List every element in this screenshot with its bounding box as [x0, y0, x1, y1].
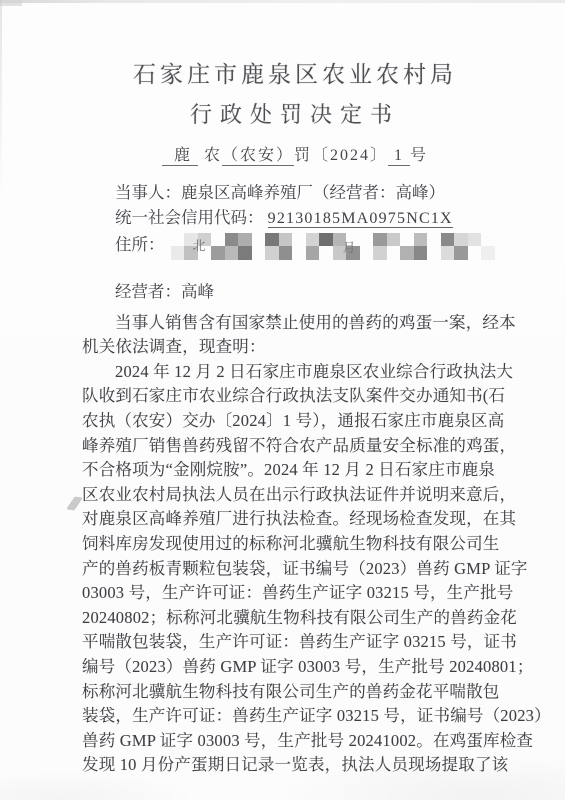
- scanned-document-page: 石家庄市鹿泉区农业农村局 行政处罚决定书 鹿 农（农安）罚〔2024〕 1 号 …: [0, 0, 565, 800]
- redaction-cell: [454, 233, 468, 247]
- redaction-fragment: [66, 497, 83, 511]
- redaction-cell: [319, 233, 333, 247]
- party-info-block: 当事人：鹿泉区高峰养殖厂（经营者：高峰） 统一社会信用代码： 92130185M…: [82, 180, 508, 305]
- redaction-cell: [360, 233, 374, 247]
- body-line: 标称河北骥航生物科技有限公司生产的兽药金花平喘散包: [82, 680, 508, 705]
- scan-artifact-top-edge: [0, 0, 565, 3]
- body-line: 产的兽药板青颗粒包装袋，证书编号（2023）兽药 GMP 证字: [82, 557, 508, 582]
- address-overflow-line: [82, 257, 508, 279]
- document-content: 石家庄市鹿泉区农业农村局 行政处罚决定书 鹿 农（农安）罚〔2024〕 1 号 …: [82, 56, 508, 778]
- credit-code-line: 统一社会信用代码： 92130185MA0975NC1X: [82, 205, 508, 231]
- body-line: 不合格项为“金刚烷胺”。2024 年 12 月 2 日石家庄市鹿泉: [82, 458, 508, 483]
- body-line: 饲料库房发现使用过的标称河北骥航生物科技有限公司生: [82, 532, 508, 557]
- redaction-cell: [414, 233, 428, 247]
- redaction-cell: [211, 233, 225, 247]
- body-line: 对鹿泉区高峰养殖厂进行执法检查。经现场检查发现，在其: [82, 507, 508, 532]
- doc-number-segment: 鹿: [162, 147, 198, 166]
- address-redaction-mosaic: 北月: [171, 233, 495, 260]
- redaction-cell: [427, 233, 441, 247]
- redaction-cell: [373, 233, 387, 247]
- redaction-cell: [468, 233, 482, 247]
- redaction-cell: [265, 233, 279, 247]
- body-line: 峰养殖厂销售兽药残留不符合农产品质量安全标准的鸡蛋，: [82, 434, 508, 459]
- doc-number-segment: 罚〔2024〕: [294, 147, 388, 164]
- body-line: 03003 号，生产许可证：兽药生产证字 03215 号，生产批号: [82, 581, 508, 606]
- credit-code-label: 统一社会信用代码：: [115, 208, 264, 227]
- redaction-cell: [441, 233, 455, 247]
- redaction-cell: [279, 233, 293, 247]
- doc-number-segment: 1: [388, 147, 410, 166]
- body-line: 农执（农安）交办〔2024〕1 号），通报石家庄市鹿泉区高: [82, 409, 508, 434]
- redaction-cell: [252, 233, 266, 247]
- credit-code-value: 92130185MA0975NC1X: [268, 210, 453, 228]
- document-number: 鹿 农（农安）罚〔2024〕 1 号: [82, 142, 508, 165]
- body-lines: 当事人销售含有国家禁止使用的兽药的鸡蛋一案，经本机关依法调查，现查明：2024 …: [82, 311, 508, 778]
- scan-artifact-corner: [0, 0, 22, 6]
- redaction-cell: [225, 233, 239, 247]
- party-line: 当事人：鹿泉区高峰养殖厂（经营者：高峰）: [82, 180, 508, 205]
- issuing-agency-title: 石家庄市鹿泉区农业农村局: [82, 56, 508, 89]
- scan-artifact-left-edge: [0, 0, 2, 200]
- body-line: 兽药 GMP 证字 03003 号，生产批号 20241002。在鸡蛋库检查: [82, 729, 508, 754]
- body-line: 发现 10 月份产蛋期日记录一览表，执法人员现场提取了该: [82, 753, 508, 778]
- document-title: 行政处罚决定书: [82, 98, 508, 129]
- operator-line: 经营者：高峰: [82, 279, 508, 304]
- redaction-visible-glyph: 月: [343, 235, 356, 260]
- redaction-cell: [387, 233, 401, 247]
- body-line: 2024 年 12 月 2 日石家庄市鹿泉区农业综合行政执法大: [82, 360, 508, 385]
- body-line: 区农业农村局执法人员在出示行政执法证件并说明来意后，: [82, 483, 508, 508]
- body-line: 平喘散包装袋，生产许可证：兽药生产证字 03215 号，证书: [82, 630, 508, 655]
- redaction-cell: [292, 233, 306, 247]
- redaction-cell: [481, 233, 495, 247]
- address-label: 住所：: [115, 232, 165, 257]
- redaction-cell: [306, 233, 320, 247]
- body-line: 编号（2023）兽药 GMP 证字 03003 号，生产批号 20240801；: [82, 655, 508, 680]
- doc-number-segment: 号: [410, 147, 428, 164]
- doc-number-segment: （农安）: [222, 147, 294, 166]
- doc-number-segment: 农: [198, 147, 222, 164]
- redaction-cell: [171, 233, 185, 247]
- body-line: 机关依法调查，现查明：: [82, 335, 508, 360]
- redaction-cell: [400, 233, 414, 247]
- address-line: 住所： 北月: [82, 231, 508, 257]
- redaction-cell: [238, 233, 252, 247]
- redaction-visible-glyph: 北: [193, 233, 206, 258]
- body-line: 队收到石家庄市农业综合行政执法支队案件交办通知书(石: [82, 384, 508, 409]
- body-line: 当事人销售含有国家禁止使用的兽药的鸡蛋一案，经本: [82, 311, 508, 336]
- body-line: 20240802；标称河北骥航生物科技有限公司生产的兽药金花: [82, 606, 508, 631]
- body-line: 装袋，生产许可证：兽药生产证字 03215 号，证书编号（2023）: [82, 704, 508, 729]
